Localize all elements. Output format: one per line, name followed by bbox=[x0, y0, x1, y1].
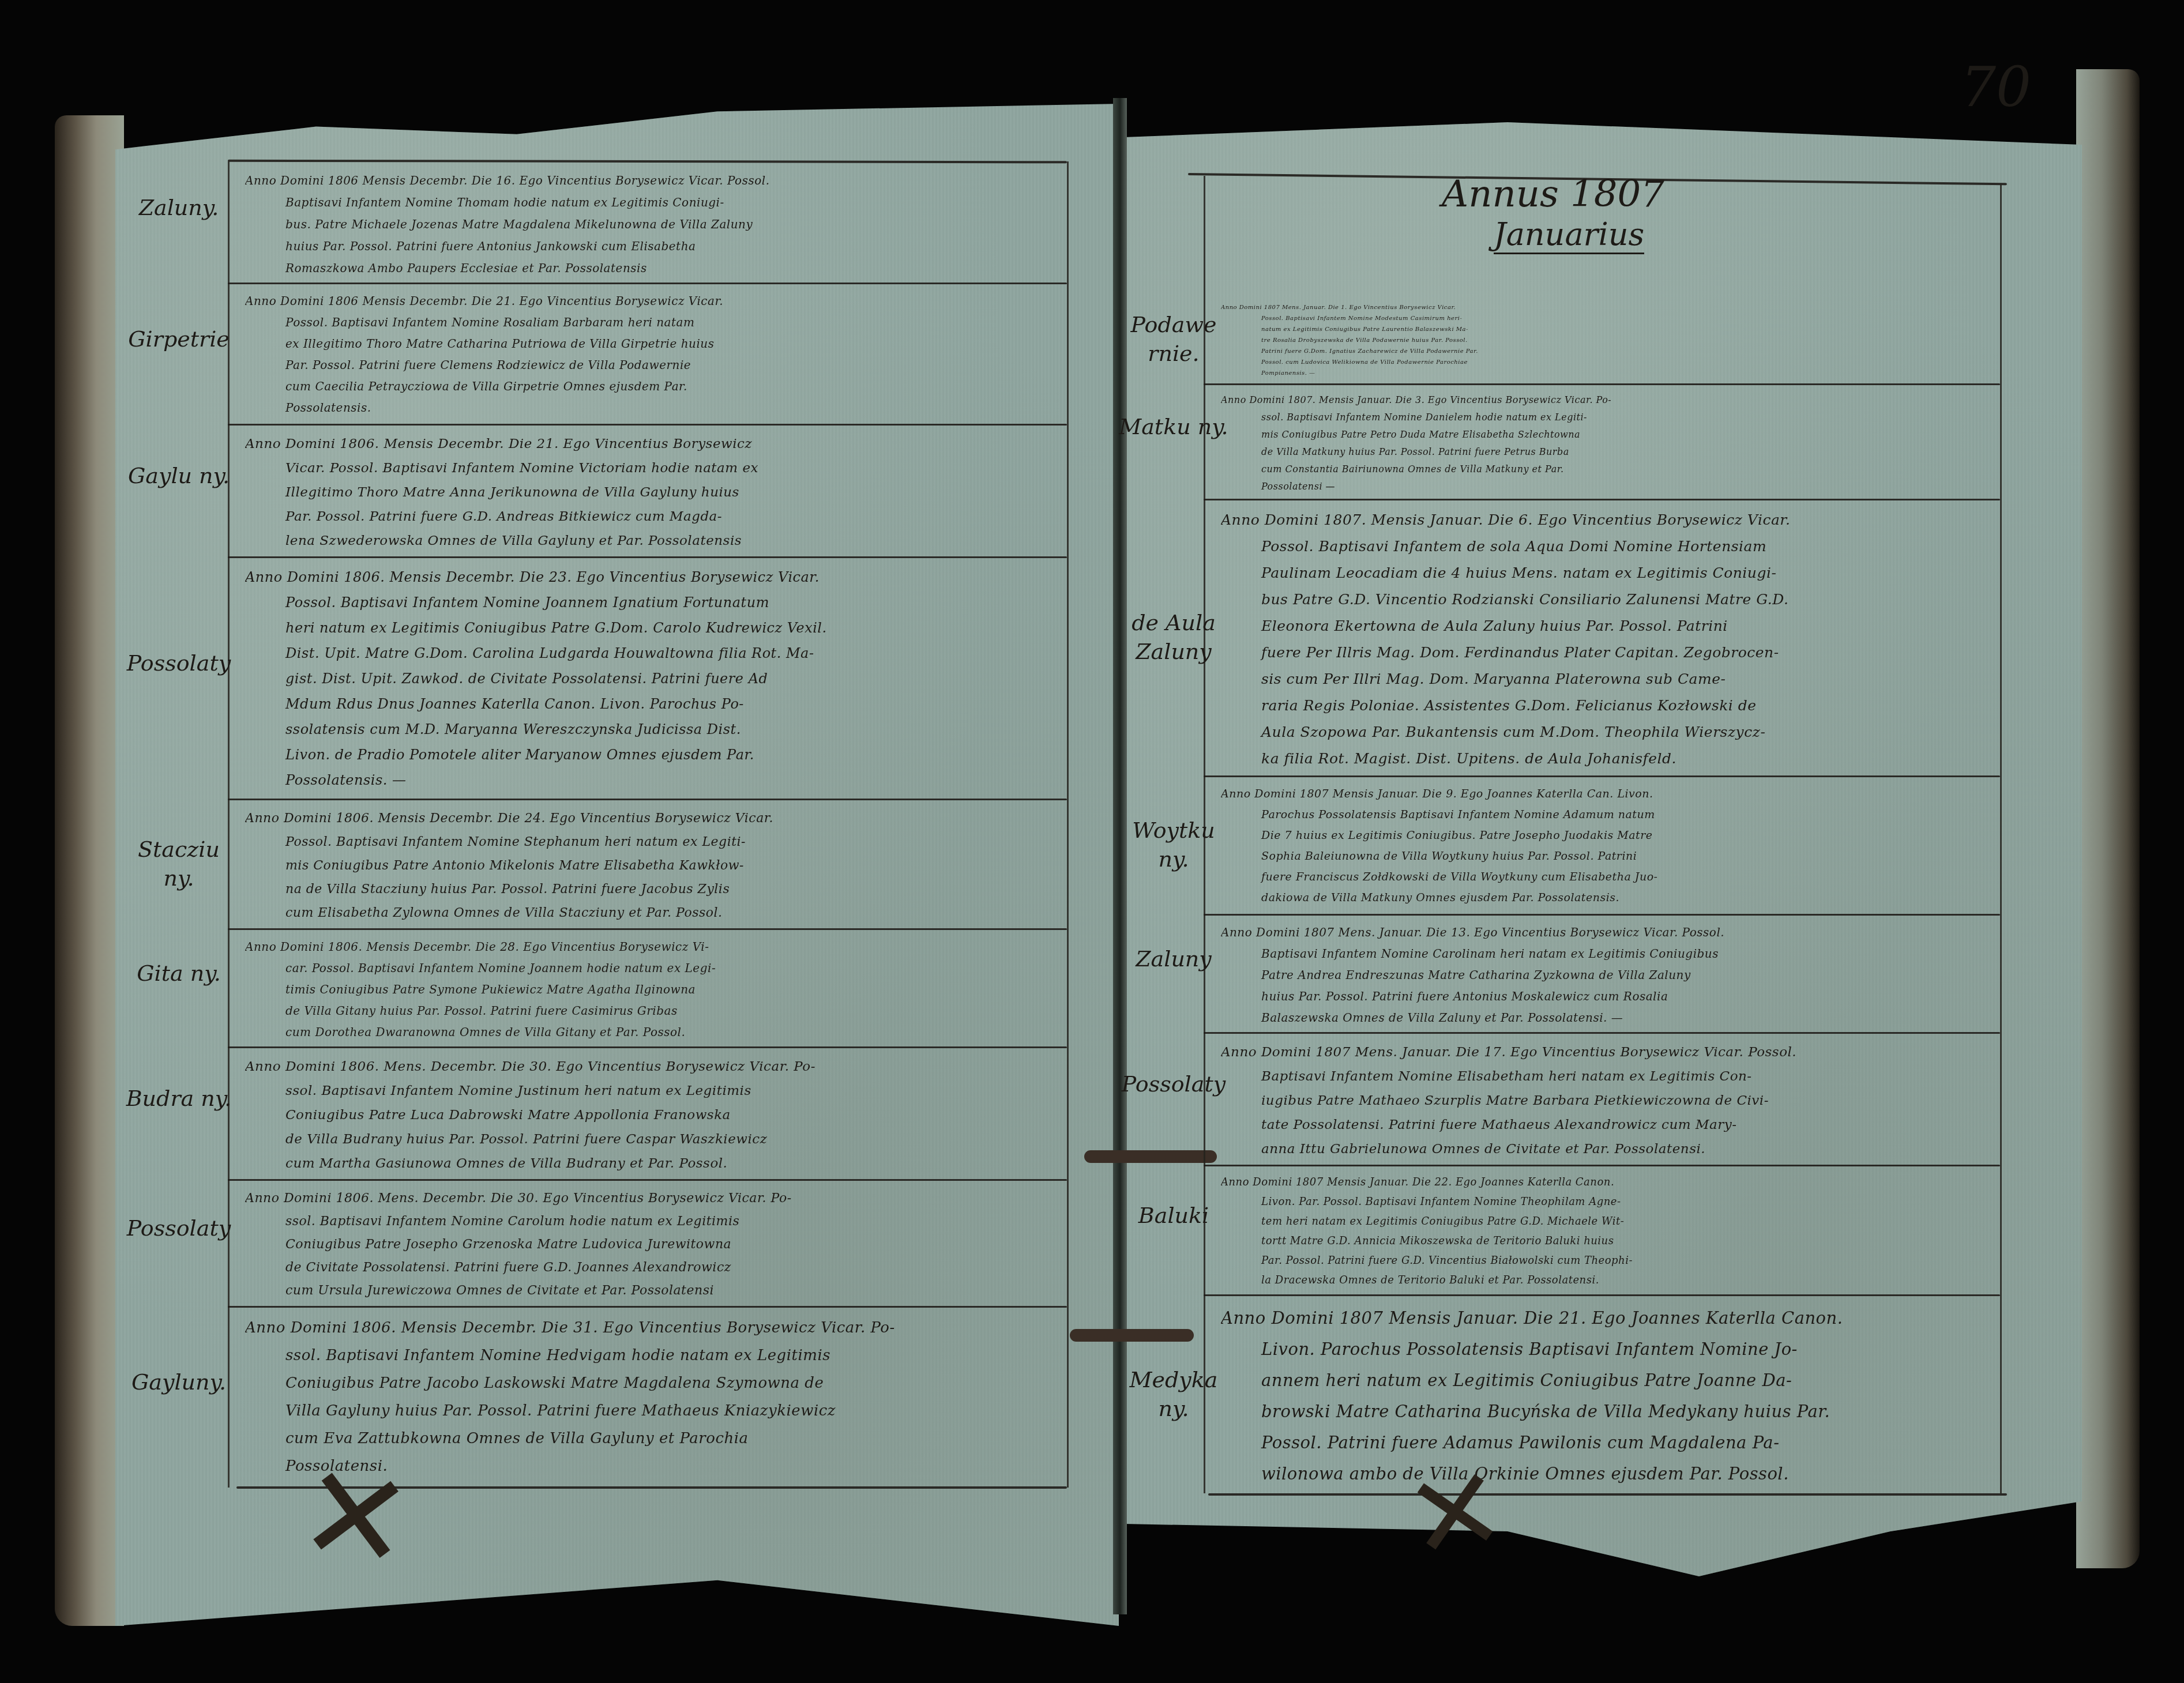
entry-line: ka filia Rot. Magist. Dist. Upitens. de … bbox=[1221, 746, 1977, 772]
entry-line: Die 7 huius ex Legitimis Coniugibus. Pat… bbox=[1221, 825, 1977, 846]
entry-line: ssol. Baptisavi Infantem Nomine Justinum… bbox=[245, 1079, 1044, 1103]
right-box-border bbox=[2000, 185, 2002, 1493]
entry-line: Possolatensis. — bbox=[245, 767, 1044, 793]
baptism-entry: Anno Domini 1807 Mensis Januar. Die 9. E… bbox=[1204, 775, 2000, 914]
margin-village-label: Budra ny. bbox=[121, 1084, 236, 1113]
right-bottom-rule bbox=[1208, 1493, 2007, 1496]
entry-line: mis Coniugibus Patre Antonio Mikelonis M… bbox=[245, 854, 1044, 878]
entry-line: raria Regis Poloniae. Assistentes G.Dom.… bbox=[1221, 692, 1977, 719]
entry-line: ex Illegitimo Thoro Matre Catharina Putr… bbox=[245, 333, 1044, 355]
entry-line: tre Rosalia Drobyszewska de Villa Podawe… bbox=[1221, 335, 1977, 346]
entry-line: cum Caecilia Petraycziowa de Villa Girpe… bbox=[245, 376, 1044, 397]
entry-line: gist. Dist. Upit. Zawkod. de Civitate Po… bbox=[245, 666, 1044, 691]
entry-line: na de Villa Stacziuny huius Par. Possol.… bbox=[245, 878, 1044, 901]
entry-line: Possol. Patrini fuere Adamus Pawilonis c… bbox=[1221, 1427, 1977, 1458]
entry-line: Vicar. Possol. Baptisavi Infantem Nomine… bbox=[245, 456, 1044, 480]
entry-line: fuere Franciscus Zołdkowski de Villa Woy… bbox=[1221, 867, 1977, 887]
baptism-entry: Anno Domini 1807 Mens. Januar. Die 1. Eg… bbox=[1204, 294, 2000, 383]
entry-line: Villa Gayluny huius Par. Possol. Patrini… bbox=[245, 1397, 1044, 1425]
entry-line: huius Par. Possol. Patrini fuere Antoniu… bbox=[245, 235, 1044, 257]
entry-line: Anno Domini 1807 Mensis Januar. Die 22. … bbox=[1221, 1173, 1977, 1192]
entry-line: huius Par. Possol. Patrini fuere Antoniu… bbox=[1221, 986, 1977, 1007]
entry-line: dakiowa de Villa Matkuny Omnes ejusdem P… bbox=[1221, 887, 1977, 908]
page-edges-left bbox=[55, 115, 124, 1626]
month-heading: Januarius bbox=[1494, 216, 1644, 254]
entry-line: heri natum ex Legitimis Coniugibus Patre… bbox=[245, 615, 1044, 641]
baptism-entry: Anno Domini 1806. Mensis Decembr. Die 28… bbox=[228, 928, 1067, 1046]
baptism-entry: Anno Domini 1806. Mensis Decembr. Die 23… bbox=[228, 556, 1067, 799]
entry-line: Livon. Parochus Possolatensis Baptisavi … bbox=[1221, 1334, 1977, 1365]
entry-line: Pompianensis. — bbox=[1221, 368, 1977, 379]
entry-line: Possol. Baptisavi Infantem de sola Aqua … bbox=[1221, 533, 1977, 560]
baptism-entry: Anno Domini 1806. Mens. Decembr. Die 30.… bbox=[228, 1046, 1067, 1179]
entry-line: Aula Szopowa Par. Bukantensis cum M.Dom.… bbox=[1221, 719, 1977, 746]
entry-line: bus. Patre Michaele Jozenas Matre Magdal… bbox=[245, 213, 1044, 235]
entry-line: Anno Domini 1806. Mensis Decembr. Die 23… bbox=[245, 564, 1044, 590]
baptism-entry: Anno Domini 1806 Mensis Decembr. Die 21.… bbox=[228, 283, 1067, 424]
entry-line: Coniugibus Patre Jacobo Laskowski Matre … bbox=[245, 1369, 1044, 1397]
entry-line: Par. Possol. Patrini fuere G.D. Andreas … bbox=[245, 504, 1044, 529]
baptism-entry: Anno Domini 1806. Mensis Decembr. Die 24… bbox=[228, 799, 1067, 928]
margin-village-label: Gaylu ny. bbox=[121, 461, 236, 490]
margin-village-label: Zaluny. bbox=[121, 193, 236, 222]
margin-village-label: Gita ny. bbox=[121, 959, 236, 988]
baptism-entry: Anno Domini 1807 Mens. Januar. Die 13. E… bbox=[1204, 914, 2000, 1032]
entry-line: natum ex Legitimis Coniugibus Patre Laur… bbox=[1221, 324, 1977, 335]
entry-line: Coniugibus Patre Josepho Grzenoska Matre… bbox=[245, 1233, 1044, 1256]
entry-line: Possolatensi — bbox=[1221, 478, 1977, 495]
margin-village-label: Stacziu ny. bbox=[121, 835, 236, 893]
entry-line: Dist. Upit. Matre G.Dom. Carolina Ludgar… bbox=[245, 641, 1044, 666]
baptism-entry: Anno Domini 1807 Mensis Januar. Die 22. … bbox=[1204, 1165, 2000, 1294]
entry-line: de Civitate Possolatensi. Patrini fuere … bbox=[245, 1256, 1044, 1279]
entry-line: Baptisavi Infantem Nomine Carolinam heri… bbox=[1221, 943, 1977, 965]
entry-line: Baptisavi Infantem Nomine Elisabetham he… bbox=[1221, 1064, 1977, 1089]
entry-line: Livon. de Pradio Pomotele aliter Maryano… bbox=[245, 742, 1044, 767]
entry-line: Par. Possol. Patrini fuere G.D. Vincenti… bbox=[1221, 1251, 1977, 1271]
baptism-entry: Anno Domini 1806. Mensis Decembr. Die 21… bbox=[228, 424, 1067, 556]
cross-mark: ✕ bbox=[290, 1434, 421, 1602]
baptism-entry: Anno Domini 1806. Mens. Decembr. Die 30.… bbox=[228, 1179, 1067, 1306]
baptism-entry: Anno Domini 1807 Mensis Januar. Die 21. … bbox=[1204, 1294, 2000, 1493]
year-heading: Annus 1807 bbox=[1442, 173, 1664, 216]
entry-line: bus Patre G.D. Vincentio Rodzianski Cons… bbox=[1221, 586, 1977, 613]
entry-line: Livon. Par. Possol. Baptisavi Infantem N… bbox=[1221, 1192, 1977, 1212]
page-number: 70 bbox=[1961, 55, 2031, 119]
baptism-entry: Anno Domini 1807. Mensis Januar. Die 3. … bbox=[1204, 383, 2000, 499]
margin-village-label: Possolaty bbox=[121, 649, 236, 677]
entry-line: de Villa Gitany huius Par. Possol. Patri… bbox=[245, 1000, 1044, 1022]
entry-line: Anno Domini 1807. Mensis Januar. Die 6. … bbox=[1221, 507, 1977, 533]
entry-line: Anno Domini 1807 Mens. Januar. Die 13. E… bbox=[1221, 922, 1977, 943]
entry-line: fuere Per Illris Mag. Dom. Ferdinandus P… bbox=[1221, 639, 1977, 666]
entry-line: Anno Domini 1806. Mensis Decembr. Die 31… bbox=[245, 1314, 1044, 1342]
entry-line: Paulinam Leocadiam die 4 huius Mens. nat… bbox=[1221, 560, 1977, 586]
entry-line: cum Ursula Jurewiczowa Omnes de Civitate… bbox=[245, 1279, 1044, 1302]
baptism-entry: Anno Domini 1806 Mensis Decembr. Die 16.… bbox=[228, 161, 1067, 283]
entry-line: Patrini fuere G.Dom. Ignatius Zacharewic… bbox=[1221, 346, 1977, 357]
entry-line: de Villa Matkuny huius Par. Possol. Patr… bbox=[1221, 443, 1977, 461]
entry-line: Anno Domini 1807. Mensis Januar. Die 3. … bbox=[1221, 391, 1977, 409]
entry-line: Anno Domini 1807 Mensis Januar. Die 21. … bbox=[1221, 1302, 1977, 1334]
binding-thread bbox=[1070, 1329, 1194, 1342]
entry-line: Anno Domini 1806. Mensis Decembr. Die 21… bbox=[245, 432, 1044, 456]
page-edges-right bbox=[2076, 69, 2140, 1568]
entry-line: Parochus Possolatensis Baptisavi Infante… bbox=[1221, 804, 1977, 825]
entry-line: iugibus Patre Mathaeo Szurplis Matre Bar… bbox=[1221, 1089, 1977, 1113]
entry-line: car. Possol. Baptisavi Infantem Nomine J… bbox=[245, 958, 1044, 979]
entry-line: Possol. Baptisavi Infantem Nomine Stepha… bbox=[245, 830, 1044, 854]
entry-line: lena Szwederowska Omnes de Villa Gayluny… bbox=[245, 529, 1044, 553]
entry-line: Patre Andrea Endreszunas Matre Catharina… bbox=[1221, 965, 1977, 986]
entry-line: la Dracewska Omnes de Teritorio Baluki e… bbox=[1221, 1271, 1977, 1290]
margin-village-label: Girpetrie bbox=[121, 325, 236, 353]
entry-line: de Villa Budrany huius Par. Possol. Patr… bbox=[245, 1127, 1044, 1151]
binding-thread bbox=[1084, 1150, 1217, 1163]
entry-line: Baptisavi Infantem Nomine Thomam hodie n… bbox=[245, 191, 1044, 213]
entry-line: tortt Matre G.D. Annicia Mikoszewska de … bbox=[1221, 1232, 1977, 1251]
entry-line: Romaszkowa Ambo Paupers Ecclesiae et Par… bbox=[245, 257, 1044, 279]
entry-line: Anno Domini 1806 Mensis Decembr. Die 16.… bbox=[245, 170, 1044, 191]
entry-line: Par. Possol. Patrini fuere Clemens Rodzi… bbox=[245, 355, 1044, 376]
entry-line: Possol. Baptisavi Infantem Nomine Rosali… bbox=[245, 312, 1044, 333]
entry-line: anna Ittu Gabrielunowa Omnes de Civitate… bbox=[1221, 1137, 1977, 1161]
baptism-entry: Anno Domini 1807 Mens. Januar. Die 17. E… bbox=[1204, 1032, 2000, 1165]
entry-line: Anno Domini 1806. Mensis Decembr. Die 24… bbox=[245, 807, 1044, 830]
entry-line: timis Coniugibus Patre Symone Pukiewicz … bbox=[245, 979, 1044, 1000]
entry-line: mis Coniugibus Patre Petro Duda Matre El… bbox=[1221, 426, 1977, 443]
entry-line: tate Possolatensi. Patrini fuere Mathaeu… bbox=[1221, 1113, 1977, 1137]
entry-line: Anno Domini 1806. Mens. Decembr. Die 30.… bbox=[245, 1187, 1044, 1210]
margin-village-label: Possolaty bbox=[121, 1214, 236, 1243]
entry-line: Eleonora Ekertowna de Aula Zaluny huius … bbox=[1221, 613, 1977, 639]
entry-line: wilonowa ambo de Villa Orkinie Omnes eju… bbox=[1221, 1458, 1977, 1489]
entry-line: Coniugibus Patre Luca Dabrowski Matre Ap… bbox=[245, 1103, 1044, 1127]
entry-line: Possolatensis. bbox=[245, 397, 1044, 419]
entry-line: Anno Domini 1806. Mensis Decembr. Die 28… bbox=[245, 936, 1044, 958]
entry-line: Anno Domini 1807 Mens. Januar. Die 1. Eg… bbox=[1221, 302, 1977, 313]
entry-line: Possol. Baptisavi Infantem Nomine Modest… bbox=[1221, 313, 1977, 324]
entry-line: Anno Domini 1806 Mensis Decembr. Die 21.… bbox=[245, 291, 1044, 312]
entry-line: browski Matre Catharina Bucyńska de Vill… bbox=[1221, 1396, 1977, 1427]
entry-line: annem heri natum ex Legitimis Coniugibus… bbox=[1221, 1365, 1977, 1396]
entry-line: Balaszewska Omnes de Villa Zaluny et Par… bbox=[1221, 1007, 1977, 1029]
entry-line: ssolatensis cum M.D. Maryanna Wereszczyn… bbox=[245, 717, 1044, 742]
entry-line: ssol. Baptisavi Infantem Nomine Carolum … bbox=[245, 1210, 1044, 1233]
entry-line: Anno Domini 1807 Mensis Januar. Die 9. E… bbox=[1221, 784, 1977, 804]
entry-line: cum Constantia Bairiunowna Omnes de Vill… bbox=[1221, 461, 1977, 478]
entry-line: Sophia Baleiunowna de Villa Woytkuny hui… bbox=[1221, 846, 1977, 867]
entry-line: tem heri natam ex Legitimis Coniugibus P… bbox=[1221, 1212, 1977, 1232]
entry-line: Anno Domini 1807 Mens. Januar. Die 17. E… bbox=[1221, 1040, 1977, 1064]
entry-line: Anno Domini 1806. Mens. Decembr. Die 30.… bbox=[245, 1055, 1044, 1079]
entry-line: cum Dorothea Dwaranowna Omnes de Villa G… bbox=[245, 1022, 1044, 1043]
entry-line: cum Martha Gasiunowa Omnes de Villa Budr… bbox=[245, 1151, 1044, 1176]
entry-line: sis cum Per Illri Mag. Dom. Maryanna Pla… bbox=[1221, 666, 1977, 692]
entry-line: Illegitimo Thoro Matre Anna Jerikunowna … bbox=[245, 480, 1044, 504]
entry-line: Possol. cum Ludovica Welikiowna de Villa… bbox=[1221, 357, 1977, 368]
baptism-entry: Anno Domini 1807. Mensis Januar. Die 6. … bbox=[1204, 499, 2000, 775]
margin-village-label: Gayluny. bbox=[121, 1368, 236, 1396]
entry-line: ssol. Baptisavi Infantem Nomine Hedvigam… bbox=[245, 1342, 1044, 1369]
entry-line: Mdum Rdus Dnus Joannes Katerlla Canon. L… bbox=[245, 691, 1044, 717]
entry-line: ssol. Baptisavi Infantem Nomine Danielem… bbox=[1221, 409, 1977, 426]
entry-line: Possol. Baptisavi Infantem Nomine Joanne… bbox=[245, 590, 1044, 615]
left-box-border bbox=[1067, 161, 1069, 1488]
entry-line: cum Elisabetha Zylowna Omnes de Villa St… bbox=[245, 901, 1044, 925]
